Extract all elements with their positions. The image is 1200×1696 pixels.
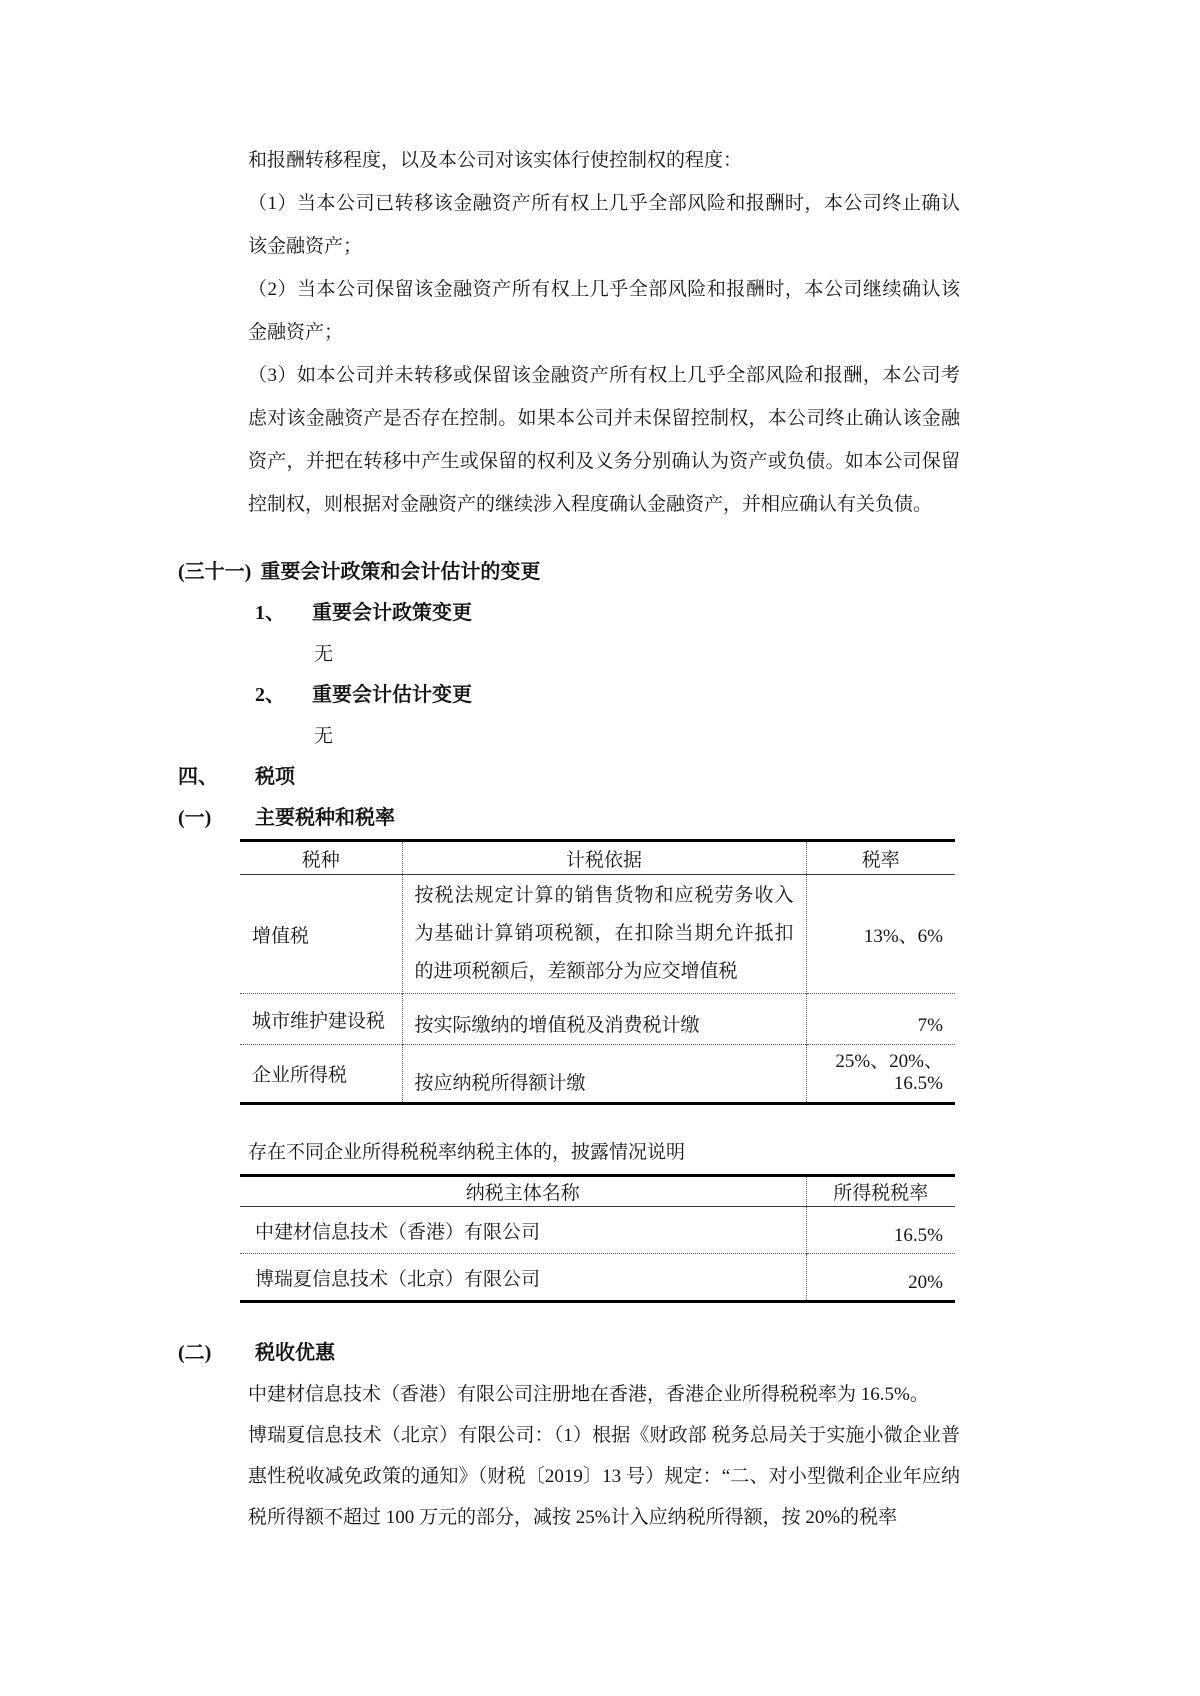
table-header-row: 税种 计税依据 税率 bbox=[240, 841, 955, 875]
incentive-paragraph: 博瑞夏信息技术（北京）有限公司：（1）根据《财政部 税务总局关于实施小微企业普惠… bbox=[248, 1415, 960, 1538]
column-header: 税种 bbox=[240, 841, 402, 875]
subitem-1-heading: 1、 重要会计政策变更 bbox=[255, 593, 1200, 634]
table-row: 博瑞夏信息技术（北京）有限公司 20% bbox=[240, 1254, 955, 1302]
column-header: 所得税税率 bbox=[806, 1176, 955, 1207]
section-title: 税项 bbox=[255, 757, 295, 798]
table-header-row: 纳税主体名称 所得税税率 bbox=[240, 1176, 955, 1207]
entity-rate-cell: 16.5% bbox=[806, 1207, 955, 1254]
section-heading-31: (三十一)重要会计政策和会计估计的变更 bbox=[178, 552, 1200, 593]
body-text-block: 和报酬转移程度，以及本公司对该实体行使控制权的程度： （1）当本公司已转移该金融… bbox=[0, 0, 1200, 526]
incentive-paragraph: 中建材信息技术（香港）有限公司注册地在香港，香港企业所得税税率为 16.5%。 bbox=[248, 1374, 960, 1415]
table-row: 增值税 按税法规定计算的销售货物和应税劳务收入为基础计算销项税额，在扣除当期允许… bbox=[240, 875, 955, 994]
subsection-heading-1: (一) 主要税种和税率 bbox=[178, 798, 1200, 839]
entity-tax-rate-table: 纳税主体名称 所得税税率 中建材信息技术（香港）有限公司 16.5% 博瑞夏信息… bbox=[240, 1174, 955, 1303]
subsection-title: 税收优惠 bbox=[255, 1333, 335, 1374]
subitem-number: 2、 bbox=[255, 675, 312, 716]
section-label: (三十一) bbox=[178, 561, 251, 583]
tax-type-cell: 企业所得税 bbox=[240, 1045, 402, 1104]
section-label: 四、 bbox=[178, 757, 255, 798]
body-paragraph: （1）当本公司已转移该金融资产所有权上几乎全部风险和报酬时，本公司终止确认该金融… bbox=[248, 182, 960, 268]
subitem-number: 1、 bbox=[255, 593, 312, 634]
tax-type-cell: 增值税 bbox=[240, 875, 402, 994]
tax-rate-cell: 7% bbox=[806, 994, 955, 1045]
subitem-title: 重要会计估计变更 bbox=[312, 675, 472, 716]
disclosure-note: 存在不同企业所得税税率纳税主体的，披露情况说明 bbox=[248, 1131, 1200, 1174]
table-row: 中建材信息技术（香港）有限公司 16.5% bbox=[240, 1207, 955, 1254]
entity-name-cell: 博瑞夏信息技术（北京）有限公司 bbox=[240, 1254, 806, 1302]
table-row: 城市维护建设税 按实际缴纳的增值税及消费税计缴 7% bbox=[240, 994, 955, 1045]
subsection-heading-2: (二) 税收优惠 bbox=[178, 1333, 1200, 1374]
body-paragraph: 和报酬转移程度，以及本公司对该实体行使控制权的程度： bbox=[248, 139, 960, 182]
column-header: 税率 bbox=[806, 841, 955, 875]
subsection-label: (一) bbox=[178, 798, 255, 839]
subitem-title: 重要会计政策变更 bbox=[312, 593, 472, 634]
tax-basis-cell: 按实际缴纳的增值税及消费税计缴 bbox=[402, 994, 806, 1045]
subsection-label: (二) bbox=[178, 1333, 255, 1374]
section-title: 重要会计政策和会计估计的变更 bbox=[260, 561, 540, 583]
tax-rate-table: 税种 计税依据 税率 增值税 按税法规定计算的销售货物和应税劳务收入为基础计算销… bbox=[240, 839, 955, 1105]
body-paragraph: （3）如本公司并未转移或保留该金融资产所有权上几乎全部风险和报酬，本公司考虑对该… bbox=[248, 354, 960, 526]
subitem-2-heading: 2、 重要会计估计变更 bbox=[255, 675, 1200, 716]
tax-basis-cell: 按应纳税所得额计缴 bbox=[402, 1045, 806, 1104]
section-heading-4: 四、 税项 bbox=[178, 757, 1200, 798]
subitem-1-content: 无 bbox=[314, 634, 1200, 675]
tax-type-cell: 城市维护建设税 bbox=[240, 994, 402, 1045]
entity-rate-cell: 20% bbox=[806, 1254, 955, 1302]
entity-name-cell: 中建材信息技术（香港）有限公司 bbox=[240, 1207, 806, 1254]
column-header: 计税依据 bbox=[402, 841, 806, 875]
tax-rate-cell: 25%、20%、16.5% bbox=[806, 1045, 955, 1104]
subitem-2-content: 无 bbox=[314, 716, 1200, 757]
subsection-title: 主要税种和税率 bbox=[255, 798, 395, 839]
tax-basis-cell: 按税法规定计算的销售货物和应税劳务收入为基础计算销项税额，在扣除当期允许抵扣的进… bbox=[402, 875, 806, 994]
document-page: 和报酬转移程度，以及本公司对该实体行使控制权的程度： （1）当本公司已转移该金融… bbox=[0, 0, 1200, 1696]
body-paragraph: （2）当本公司保留该金融资产所有权上几乎全部风险和报酬时，本公司继续确认该金融资… bbox=[248, 268, 960, 354]
table-row: 企业所得税 按应纳税所得额计缴 25%、20%、16.5% bbox=[240, 1045, 955, 1104]
column-header: 纳税主体名称 bbox=[240, 1176, 806, 1207]
tax-rate-cell: 13%、6% bbox=[806, 875, 955, 994]
